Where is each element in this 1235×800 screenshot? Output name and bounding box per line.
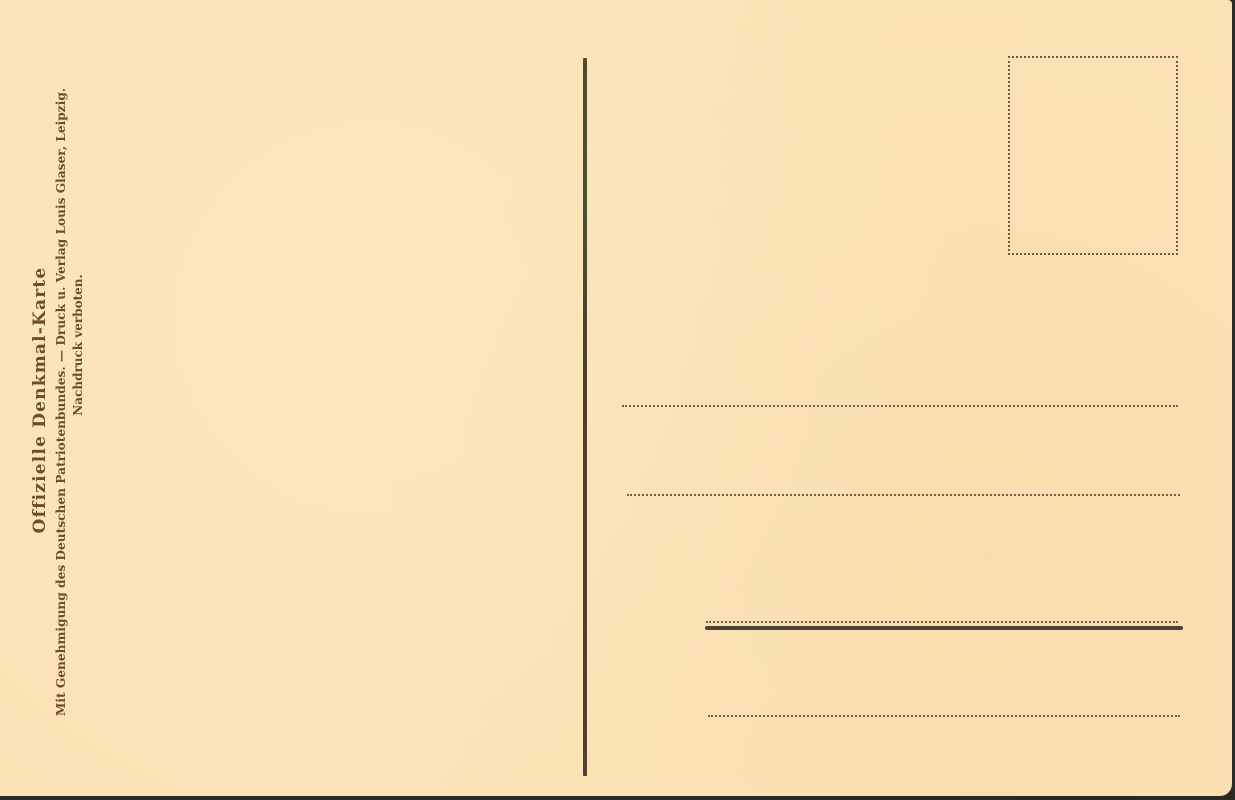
postcard-title: Offizielle Denkmal-Karte <box>30 267 50 534</box>
postcard-back: Offizielle Denkmal-Karte Mit Genehmigung… <box>0 0 1232 796</box>
address-line-1 <box>622 405 1178 407</box>
address-line-3-underline <box>705 626 1183 630</box>
address-line-4 <box>708 715 1180 717</box>
address-line-2 <box>627 494 1180 496</box>
center-divider <box>583 58 587 776</box>
reprint-notice: Nachdruck verboten. <box>71 274 85 415</box>
stamp-box <box>1008 56 1178 255</box>
address-line-3 <box>706 621 1178 623</box>
publisher-line: Mit Genehmigung des Deutschen Patriotenb… <box>54 88 68 716</box>
